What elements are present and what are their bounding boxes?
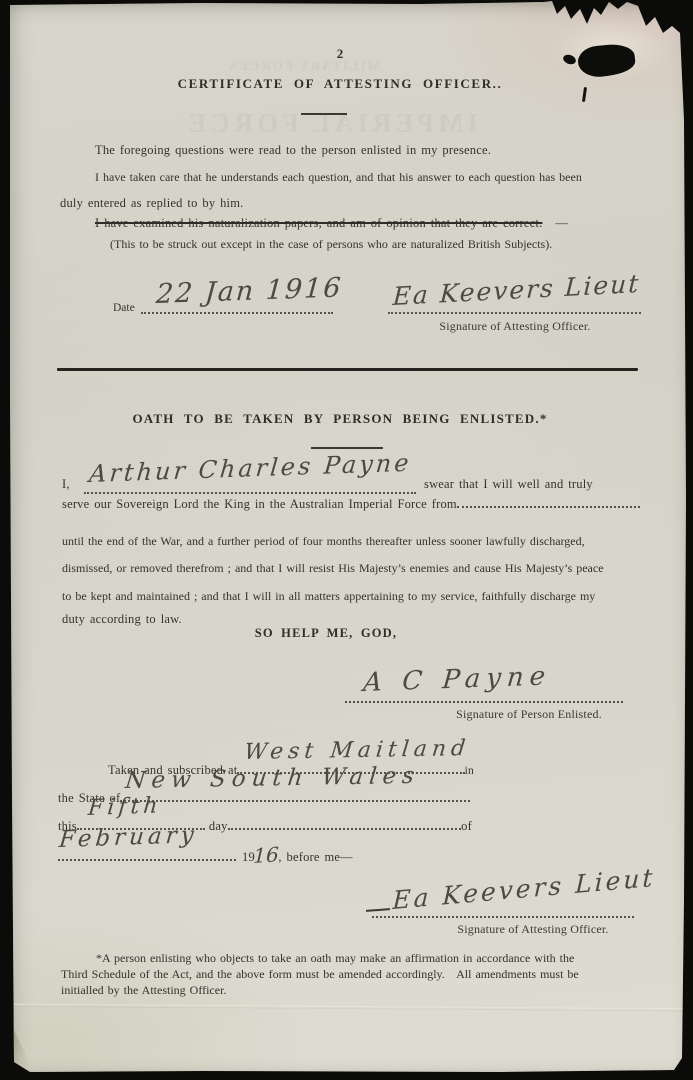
date-label: Date <box>113 302 135 314</box>
oath-line-4: dismissed, or removed therefrom ; and th… <box>62 561 604 576</box>
month-dotted-line: February <box>58 845 236 861</box>
struck-clause-dash: — <box>555 216 568 230</box>
page-number: 2 <box>60 46 620 62</box>
person-signature-handwritten: A C Payne <box>362 661 552 698</box>
enlisted-name-handwritten: Arthur Charles Payne <box>88 449 413 488</box>
oath-line-3: until the end of the War, and a further … <box>62 534 585 549</box>
footnote-line-2: Third Schedule of the Act, and the above… <box>61 967 579 982</box>
state-handwritten: New South Wales <box>124 763 421 794</box>
horizontal-crease <box>10 1004 686 1012</box>
officer-signature-dotted-line-1 <box>388 311 641 314</box>
oath-line-2: serve our Sovereign Lord the King in the… <box>62 497 457 512</box>
day-dotted-line <box>228 814 462 830</box>
strike-out-note: (This to be struck out except in the cas… <box>110 237 552 252</box>
certificate-paragraph-1: The foregoing questions were read to the… <box>95 143 491 158</box>
footnote-line-3: initialled by the Attesting Officer. <box>61 983 226 998</box>
year-handwritten: 16 <box>253 842 279 868</box>
so-help-me-god: SO HELP ME, GOD, <box>46 626 606 641</box>
signature-pen-stroke <box>366 908 390 912</box>
paper-page: MILITARY FORCES IMPERIAL FORCE 2 CERTIFI… <box>0 0 693 1080</box>
scanned-document: MILITARY FORCES IMPERIAL FORCE 2 CERTIFI… <box>0 0 693 1080</box>
date-dotted-line <box>141 311 333 314</box>
officer-signature-2: Ea Keevers Lieut <box>392 863 656 915</box>
before-me-label: , before me— <box>278 850 352 865</box>
oath-title-rule <box>311 447 383 449</box>
person-signature-caption: Signature of Person Enlisted. <box>445 707 613 722</box>
date-handwritten: 22 Jan 1916 <box>155 272 344 310</box>
officer-signature-dotted-line-2 <box>372 915 634 918</box>
oath-line-1: swear that I will well and truly <box>424 477 593 492</box>
officer-signature-1: Ea Keevers Lieut <box>392 269 641 311</box>
title-rule <box>301 113 347 115</box>
oath-line-6: duty according to law. <box>62 612 182 627</box>
officer-signature-caption-2: Signature of Attesting Officer. <box>448 922 618 937</box>
oath-from-dotted-line <box>457 494 640 508</box>
in-label: in <box>465 765 474 777</box>
corner-fold <box>10 1022 34 1072</box>
officer-signature-caption-1: Signature of Attesting Officer. <box>405 319 625 334</box>
oath-title: OATH TO BE TAKEN BY PERSON BEING ENLISTE… <box>60 411 620 427</box>
month-handwritten: February <box>58 822 199 853</box>
ghost-showthrough-large: IMPERIAL FORCE <box>18 108 478 139</box>
footnote-line-1: *A person enlisting who objects to take … <box>96 951 574 966</box>
person-signature-dotted-line <box>345 700 623 703</box>
certificate-title: CERTIFICATE OF ATTESTING OFFICER.. <box>60 76 620 92</box>
state-dotted-line: New South Wales <box>120 786 470 802</box>
ink-mark <box>582 87 587 102</box>
place-handwritten: West Maitland <box>243 736 471 765</box>
certificate-paragraph-2-line-2: duly entered as replied to by him. <box>60 196 243 211</box>
certificate-paragraph-2-line-1: I have taken care that he understands ea… <box>95 170 582 185</box>
section-divider-rule <box>57 368 638 371</box>
of-label: of <box>461 819 472 834</box>
oath-i-label: I, <box>62 477 70 492</box>
oath-line-5: to be kept and maintained ; and that I w… <box>62 589 595 604</box>
day-label: day <box>209 819 228 834</box>
struck-naturalization-clause: I have examined his naturalization paper… <box>95 216 542 230</box>
day-word-handwritten: Fifth <box>87 793 163 821</box>
